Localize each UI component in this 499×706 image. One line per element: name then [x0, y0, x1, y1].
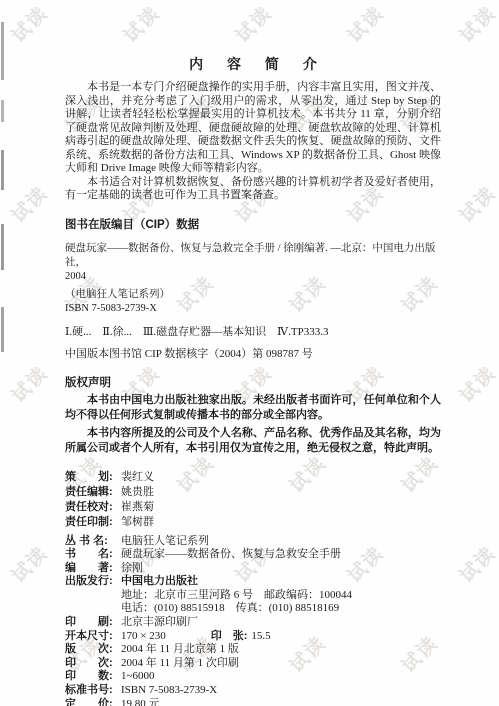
copyright-paragraph-2: 本书内容所提及的公司及个人名称、产品名称、优秀作品及其名称，均为所属公司或者个人…: [65, 426, 441, 456]
page-content: 内 容 简 介 本书是一本专门介绍硬盘操作的实用手册，内容丰富且实用，图文并茂、…: [65, 0, 441, 706]
cip-classification-line: Ⅰ.硬... Ⅱ.徐... Ⅲ.磁盘存贮器—基本知识 Ⅳ.TP333.3: [65, 325, 441, 339]
pubinfo-value: 19.80 元: [121, 698, 160, 706]
credit-value: 邹树群: [121, 515, 154, 530]
pubinfo-row-edition: 版 次: 2004 年 11 月北京第 1 版: [65, 643, 441, 657]
pubinfo-label: 印 数:: [65, 670, 119, 684]
pubinfo-value-sheets: 15.5: [251, 630, 270, 644]
copyright-notice-heading: 版权声明: [65, 374, 441, 390]
pubinfo-row-series-name: 丛 书 名: 电脑狂人笔记系列: [65, 535, 441, 549]
pubinfo-value: 硬盘玩家——数据备份、恢复与急救安全手册: [121, 548, 341, 562]
trial-read-watermark: 试读: [453, 179, 499, 228]
pubinfo-row-print-run: 印 数: 1~6000: [65, 670, 441, 684]
pubinfo-row-format-size: 开本尺寸: 170 × 230 印 张: 15.5: [65, 630, 441, 644]
pubinfo-label: 开本尺寸:: [65, 630, 119, 644]
content-summary-paragraph-1: 本书是一本专门介绍硬盘操作的实用手册，内容丰富且实用，图文并茂、深入浅出，并充分…: [65, 81, 441, 176]
trial-read-watermark: 试读: [5, 179, 54, 228]
publication-info: 丛 书 名: 电脑狂人笔记系列 书 名: 硬盘玩家——数据备份、恢复与急救安全手…: [65, 535, 441, 706]
pubinfo-row-printer: 印 刷: 北京丰源印刷厂: [65, 616, 441, 630]
pubinfo-value: 地址：北京市三里河路 6 号 邮政编码：100044: [121, 589, 352, 603]
pubinfo-row-author: 编 著: 徐刚: [65, 562, 441, 576]
credit-value: 裴红义: [121, 470, 154, 485]
pubinfo-row-publisher: 出版发行: 中国电力出版社: [65, 575, 441, 589]
pubinfo-value: 中国电力出版社: [121, 575, 198, 589]
pubinfo-value: 170 × 230: [121, 630, 166, 644]
credit-label: 责任校对:: [65, 500, 119, 515]
trial-read-watermark: 试读: [5, 0, 54, 48]
pubinfo-row-book-title: 书 名: 硬盘玩家——数据备份、恢复与急救安全手册: [65, 548, 441, 562]
pubinfo-value: ISBN 7-5083-2739-X: [121, 684, 217, 698]
pubinfo-value: 电话：(010) 88515918 传真：(010) 88518169: [121, 602, 339, 616]
content-summary-paragraph-2: 本书适合对计算机数据恢复、备份感兴趣的计算机初学者及爱好者使用，有一定基础的读者…: [65, 176, 441, 203]
cip-isbn-line: ISBN 7-5083-2739-X: [65, 302, 441, 316]
pubinfo-label: 出版发行:: [65, 575, 119, 589]
cip-series-line: （电脑狂人笔记系列）: [65, 288, 441, 302]
pubinfo-value: 电脑狂人笔记系列: [121, 535, 209, 549]
credit-row-editor: 责任编辑: 姚贵胜: [65, 485, 441, 500]
staff-credits: 策 划: 裴红义 责任编辑: 姚贵胜 责任校对: 崔燕菊 责任印制: 邹树群: [65, 470, 441, 530]
credit-row-printing-supervisor: 责任印制: 邹树群: [65, 515, 441, 530]
pubinfo-label: 编 著:: [65, 562, 119, 576]
pubinfo-row-printing: 印 次: 2004 年 11 月第 1 次印刷: [65, 657, 441, 671]
trial-read-watermark: 试读: [453, 0, 499, 48]
trial-read-watermark: 试读: [5, 539, 54, 588]
book-copyright-page: 试读试读试读试读试读试读试读试读试读试读试读试读试读试读试读试读试读试读试读试读…: [0, 0, 499, 706]
pubinfo-label-sheets: 印 张:: [211, 630, 248, 644]
pubinfo-value: 2004 年 11 月北京第 1 版: [121, 643, 239, 657]
content-summary-heading: 内 容 简 介: [65, 54, 441, 74]
credit-label: 责任印制:: [65, 515, 119, 530]
pubinfo-row-price: 定 价: 19.80 元: [65, 698, 441, 706]
scan-artifact: [1, 150, 4, 190]
pubinfo-label: 印 次:: [65, 657, 119, 671]
pubinfo-label: 定 价:: [65, 698, 119, 706]
credit-value: 姚贵胜: [121, 485, 154, 500]
pubinfo-value: 1~6000: [121, 670, 154, 684]
scan-artifact: [1, 307, 4, 352]
cip-title-line: 硬盘玩家——数据备份、恢复与急救完全手册 / 徐刚编著. —北京：中国电力出版社…: [65, 242, 441, 270]
trial-read-watermark: 试读: [453, 539, 499, 588]
copyright-paragraph-1: 本书由中国电力出版社独家出版。未经出版者书面许可，任何单位和个人均不得以任何形式…: [65, 393, 441, 423]
pubinfo-label: 丛 书 名:: [65, 535, 119, 549]
credit-value: 崔燕菊: [121, 500, 154, 515]
scan-artifact: [1, 22, 4, 80]
pubinfo-label: 标准书号:: [65, 684, 119, 698]
cip-record-number-line: 中国版本图书馆 CIP 数据核字（2004）第 098787 号: [65, 347, 441, 361]
trial-read-watermark: 试读: [453, 359, 499, 408]
credit-label: 责任编辑:: [65, 485, 119, 500]
pubinfo-label: 版 次:: [65, 643, 119, 657]
pubinfo-row-isbn: 标准书号: ISBN 7-5083-2739-X: [65, 684, 441, 698]
cip-heading: 图书在版编目（CIP）数据: [65, 216, 441, 232]
pubinfo-value: 徐刚: [121, 562, 143, 576]
credit-row-planner: 策 划: 裴红义: [65, 470, 441, 485]
scan-artifact: [1, 224, 4, 270]
credit-row-proofreader: 责任校对: 崔燕菊: [65, 500, 441, 515]
pubinfo-label: 书 名:: [65, 548, 119, 562]
credit-label: 策 划:: [65, 470, 119, 485]
pubinfo-value: 北京丰源印刷厂: [121, 616, 198, 630]
pubinfo-value: 2004 年 11 月第 1 次印刷: [121, 657, 239, 671]
pubinfo-row-address: 地址：北京市三里河路 6 号 邮政编码：100044: [65, 589, 441, 603]
pubinfo-label: 印 刷:: [65, 616, 119, 630]
trial-read-watermark: 试读: [5, 359, 54, 408]
scan-artifact: [1, 100, 4, 122]
pubinfo-row-phone-fax: 电话：(010) 88515918 传真：(010) 88518169: [65, 602, 441, 616]
cip-title-year: 2004: [65, 270, 441, 284]
cip-block: 硬盘玩家——数据备份、恢复与急救完全手册 / 徐刚编著. —北京：中国电力出版社…: [65, 242, 441, 361]
